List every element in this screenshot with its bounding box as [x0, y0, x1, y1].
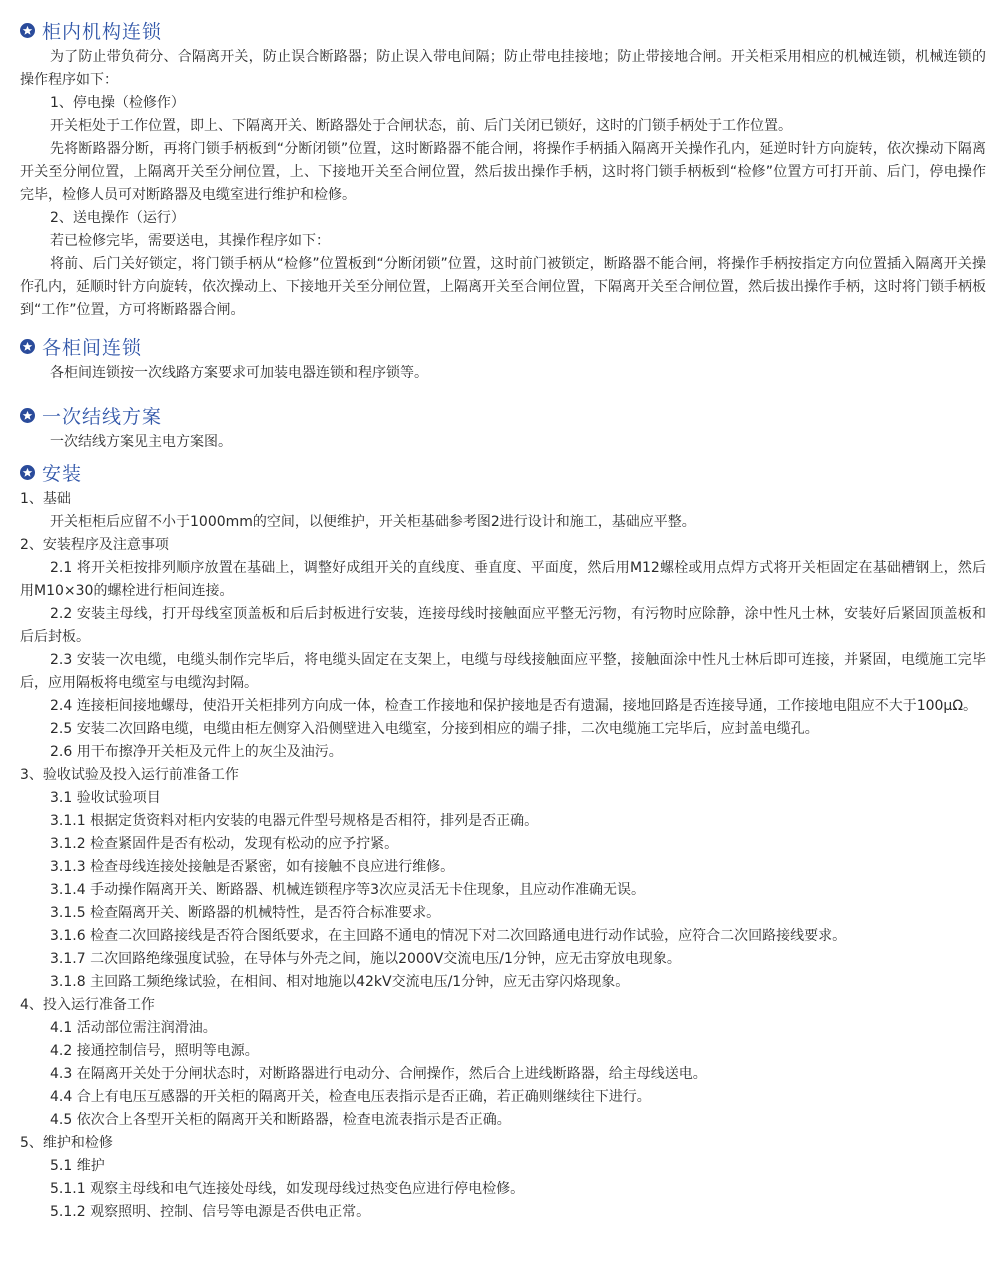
list-item: 2.4 连接柜间接地螺母，使沿开关柜排列方向成一体，检查工作接地和保护接地是否有… [20, 695, 986, 718]
section-title: 一次结线方案 [42, 402, 162, 429]
list-item: 3.1.1 根据定货资料对柜内安装的电器元件型号规格是否相符，排列是否正确。 [20, 810, 986, 833]
list-heading: 3、验收试验及投入运行前准备工作 [20, 764, 986, 787]
list-item: 2.2 安装主母线，打开母线室顶盖板和后后封板进行安装，连接母线时接触面应平整无… [20, 603, 986, 649]
list-item: 5.1.2 观察照明、控制、信号等电源是否供电正常。 [20, 1201, 986, 1224]
list-item: 4.4 合上有电压互感器的开关柜的隔离开关，检查电压表指示是否正确，若正确则继续… [20, 1086, 986, 1109]
list-item: 2.3 安装一次电缆，电缆头制作完毕后，将电缆头固定在支架上，电缆与母线接触面应… [20, 649, 986, 695]
paragraph: 将前、后门关好锁定，将门锁手柄从“检修”位置板到“分断闭锁”位置，这时前门被锁定… [20, 253, 986, 322]
star-icon [20, 408, 35, 423]
paragraph: 一次结线方案见主电方案图。 [20, 431, 986, 454]
list-item: 3.1.4 手动操作隔离开关、断路器、机械连锁程序等3次应灵活无卡住现象，且应动… [20, 879, 986, 902]
list-item: 开关柜柜后应留不小于1000mm的空间，以便维护，开关柜基础参考图2进行设计和施… [20, 511, 986, 534]
star-icon [20, 465, 35, 480]
list-item: 3.1 验收试验项目 [20, 787, 986, 810]
section-heading-primary-wiring: 一次结线方案 [20, 399, 986, 431]
section-heading-installation: 安装 [20, 456, 986, 488]
subheading: 2、送电操作（运行） [20, 207, 986, 230]
list-heading: 1、基础 [20, 488, 986, 511]
paragraph: 先将断路器分断，再将门锁手柄板到“分断闭锁”位置，这时断路器不能合闸，将操作手柄… [20, 138, 986, 207]
list-item: 5.1 维护 [20, 1155, 986, 1178]
section-title: 各柜间连锁 [42, 333, 142, 360]
list-heading: 4、投入运行准备工作 [20, 994, 986, 1017]
list-item: 4.2 接通控制信号，照明等电源。 [20, 1040, 986, 1063]
document-page: 柜内机构连锁 为了防止带负荷分、合隔离开关，防止误合断路器；防止误入带电间隔；防… [0, 0, 1000, 1224]
list-item: 3.1.7 二次回路绝缘强度试验，在导体与外壳之间，施以2000V交流电压/1分… [20, 948, 986, 971]
list-heading: 2、安装程序及注意事项 [20, 534, 986, 557]
paragraph: 为了防止带负荷分、合隔离开关，防止误合断路器；防止误入带电间隔；防止带电挂接地；… [20, 46, 986, 92]
paragraph: 开关柜处于工作位置，即上、下隔离开关、断路器处于合闸状态，前、后门关闭已锁好，这… [20, 115, 986, 138]
section-title: 安装 [42, 459, 82, 486]
list-item: 3.1.2 检查紧固件是否有松动，发现有松动的应予拧紧。 [20, 833, 986, 856]
list-item: 3.1.6 检查二次回路接线是否符合图纸要求，在主回路不通电的情况下对二次回路通… [20, 925, 986, 948]
list-item: 5.1.1 观察主母线和电气连接处母线，如发现母线过热变色应进行停电检修。 [20, 1178, 986, 1201]
star-icon [20, 339, 35, 354]
list-item: 4.1 活动部位需注润滑油。 [20, 1017, 986, 1040]
section-heading-inter-cabinet-interlock: 各柜间连锁 [20, 330, 986, 362]
list-item: 2.5 安装二次回路电缆，电缆由柜左侧穿入沿侧壁进入电缆室，分接到相应的端子排，… [20, 718, 986, 741]
section-title: 柜内机构连锁 [42, 17, 162, 44]
paragraph: 各柜间连锁按一次线路方案要求可加装电器连锁和程序锁等。 [20, 362, 986, 385]
list-heading: 5、维护和检修 [20, 1132, 986, 1155]
paragraph: 若已检修完毕，需要送电，其操作程序如下： [20, 230, 986, 253]
list-item: 4.5 依次合上各型开关柜的隔离开关和断路器，检查电流表指示是否正确。 [20, 1109, 986, 1132]
subheading: 1、停电操（检修作） [20, 92, 986, 115]
list-item: 3.1.3 检查母线连接处接触是否紧密，如有接触不良应进行维修。 [20, 856, 986, 879]
list-item: 2.6 用干布擦净开关柜及元件上的灰尘及油污。 [20, 741, 986, 764]
section-heading-cabinet-interlock: 柜内机构连锁 [20, 14, 986, 46]
list-item: 3.1.8 主回路工频绝缘试验，在相间、相对地施以42kV交流电压/1分钟，应无… [20, 971, 986, 994]
list-item: 4.3 在隔离开关处于分闸状态时，对断路器进行电动分、合闸操作，然后合上进线断路… [20, 1063, 986, 1086]
list-item: 3.1.5 检查隔离开关、断路器的机械特性，是否符合标准要求。 [20, 902, 986, 925]
list-item: 2.1 将开关柜按排列顺序放置在基础上，调整好成组开关的直线度、垂直度、平面度，… [20, 557, 986, 603]
star-icon [20, 23, 35, 38]
